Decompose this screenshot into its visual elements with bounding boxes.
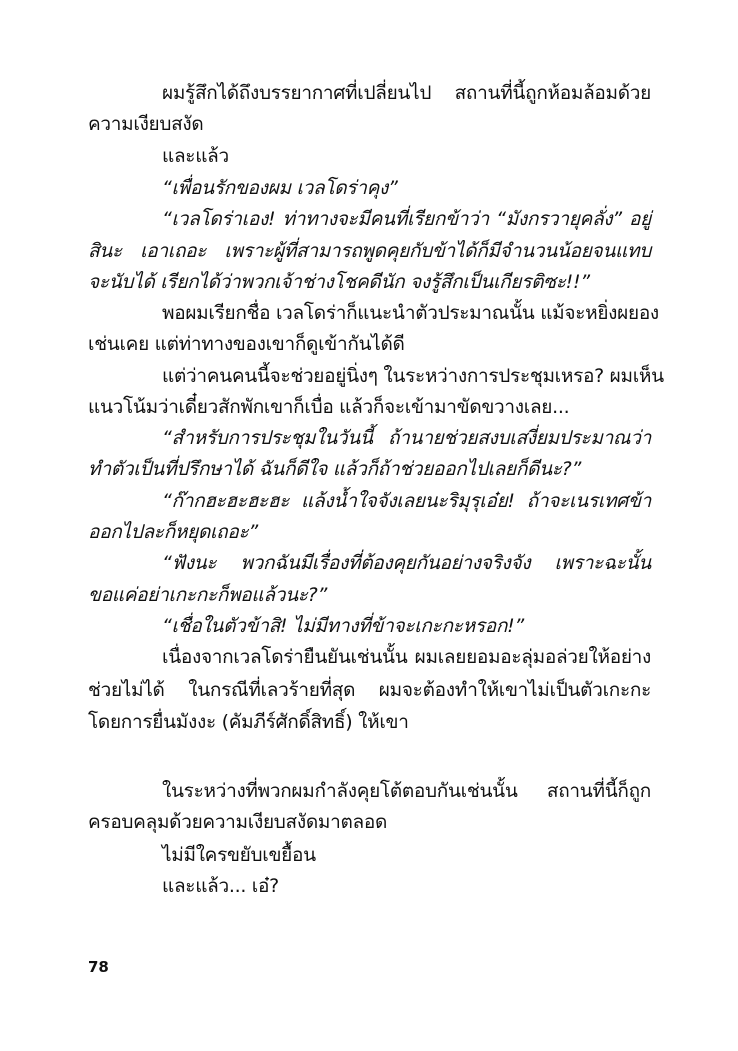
paragraph-line: ช่วยไม่ได้ ในกรณีที่เลวร้ายที่สุด ผมจะต้… (88, 675, 651, 705)
paragraph-line: ไม่มีใครขยับเขยื้อน (88, 840, 651, 870)
paragraph-line: เช่นเคย แต่ท่าทางของเขาก็ดูเข้ากันได้ดี (88, 329, 651, 359)
dialogue-line: “เวลโดร่าเอง! ท่าทางจะมีคนที่เรียกข้าว่า… (88, 204, 651, 234)
paragraph-line: พอผมเรียกชื่อ เวลโดร่าก็แนะนำตัวประมาณนั… (88, 298, 651, 328)
dialogue-line: “ฟังนะ พวกฉันมีเรื่องที่ต้องคุยกันอย่างจ… (88, 548, 651, 578)
paragraph-line: และแล้ว (88, 141, 651, 171)
dialogue-line: ทำตัวเป็นที่ปรึกษาได้ ฉันก็ดีใจ แล้วก็ถ้… (88, 454, 651, 484)
dialogue-line: สินะ เอาเถอะ เพราะผู้ที่สามารถพูดคุยกับข… (88, 236, 651, 266)
dialogue-line: ออกไปละก็หยุดเถอะ” (88, 517, 651, 547)
dialogue-line: “ก๊ากฮะฮะฮะฮะ แล้งน้ำใจจังเลยนะริมุรุเอ๋… (88, 486, 651, 516)
paragraph-line: ผมรู้สึกได้ถึงบรรยากาศที่เปลี่ยนไป สถานท… (88, 78, 651, 108)
dialogue-line: “สำหรับการประชุมในวันนี้ ถ้านายช่วยสงบเส… (88, 423, 651, 453)
paragraph-line: เนื่องจากเวลโดร่ายืนยันเช่นนั้น ผมเลยยอม… (88, 642, 651, 672)
paragraph-line: แต่ว่าคนคนนี้จะช่วยอยู่นิ่งๆ ในระหว่างกา… (88, 361, 651, 391)
dialogue-line: “เชื่อในตัวข้าสิ! ไม่มีทางที่ข้าจะเกะกะห… (88, 611, 651, 641)
paragraph-line: ความเงียบสงัด (88, 109, 651, 139)
paragraph-line: ในระหว่างที่พวกผมกำลังคุยโต้ตอบกันเช่นนั… (88, 776, 651, 806)
dialogue-line: จะนับได้ เรียกได้ว่าพวกเจ้าช่างโชคดีนัก … (88, 267, 651, 297)
paragraph-line: โดยการยื่นมังงะ (คัมภีร์ศักดิ์สิทธิ์) ให… (88, 707, 651, 737)
dialogue-line: ขอแค่อย่าเกะกะก็พอแล้วนะ?” (88, 580, 651, 610)
page-number: 78 (88, 958, 109, 976)
dialogue-line: “เพื่อนรักของผม เวลโดร่าคุง” (88, 173, 651, 203)
paragraph-line: ครอบคลุมด้วยความเงียบสงัดมาตลอด (88, 807, 651, 837)
paragraph-line: แนวโน้มว่าเดี๋ยวสักพักเขาก็เบื่อ แล้วก็จ… (88, 392, 651, 422)
paragraph-line: และแล้ว... เอ๋? (88, 871, 651, 901)
